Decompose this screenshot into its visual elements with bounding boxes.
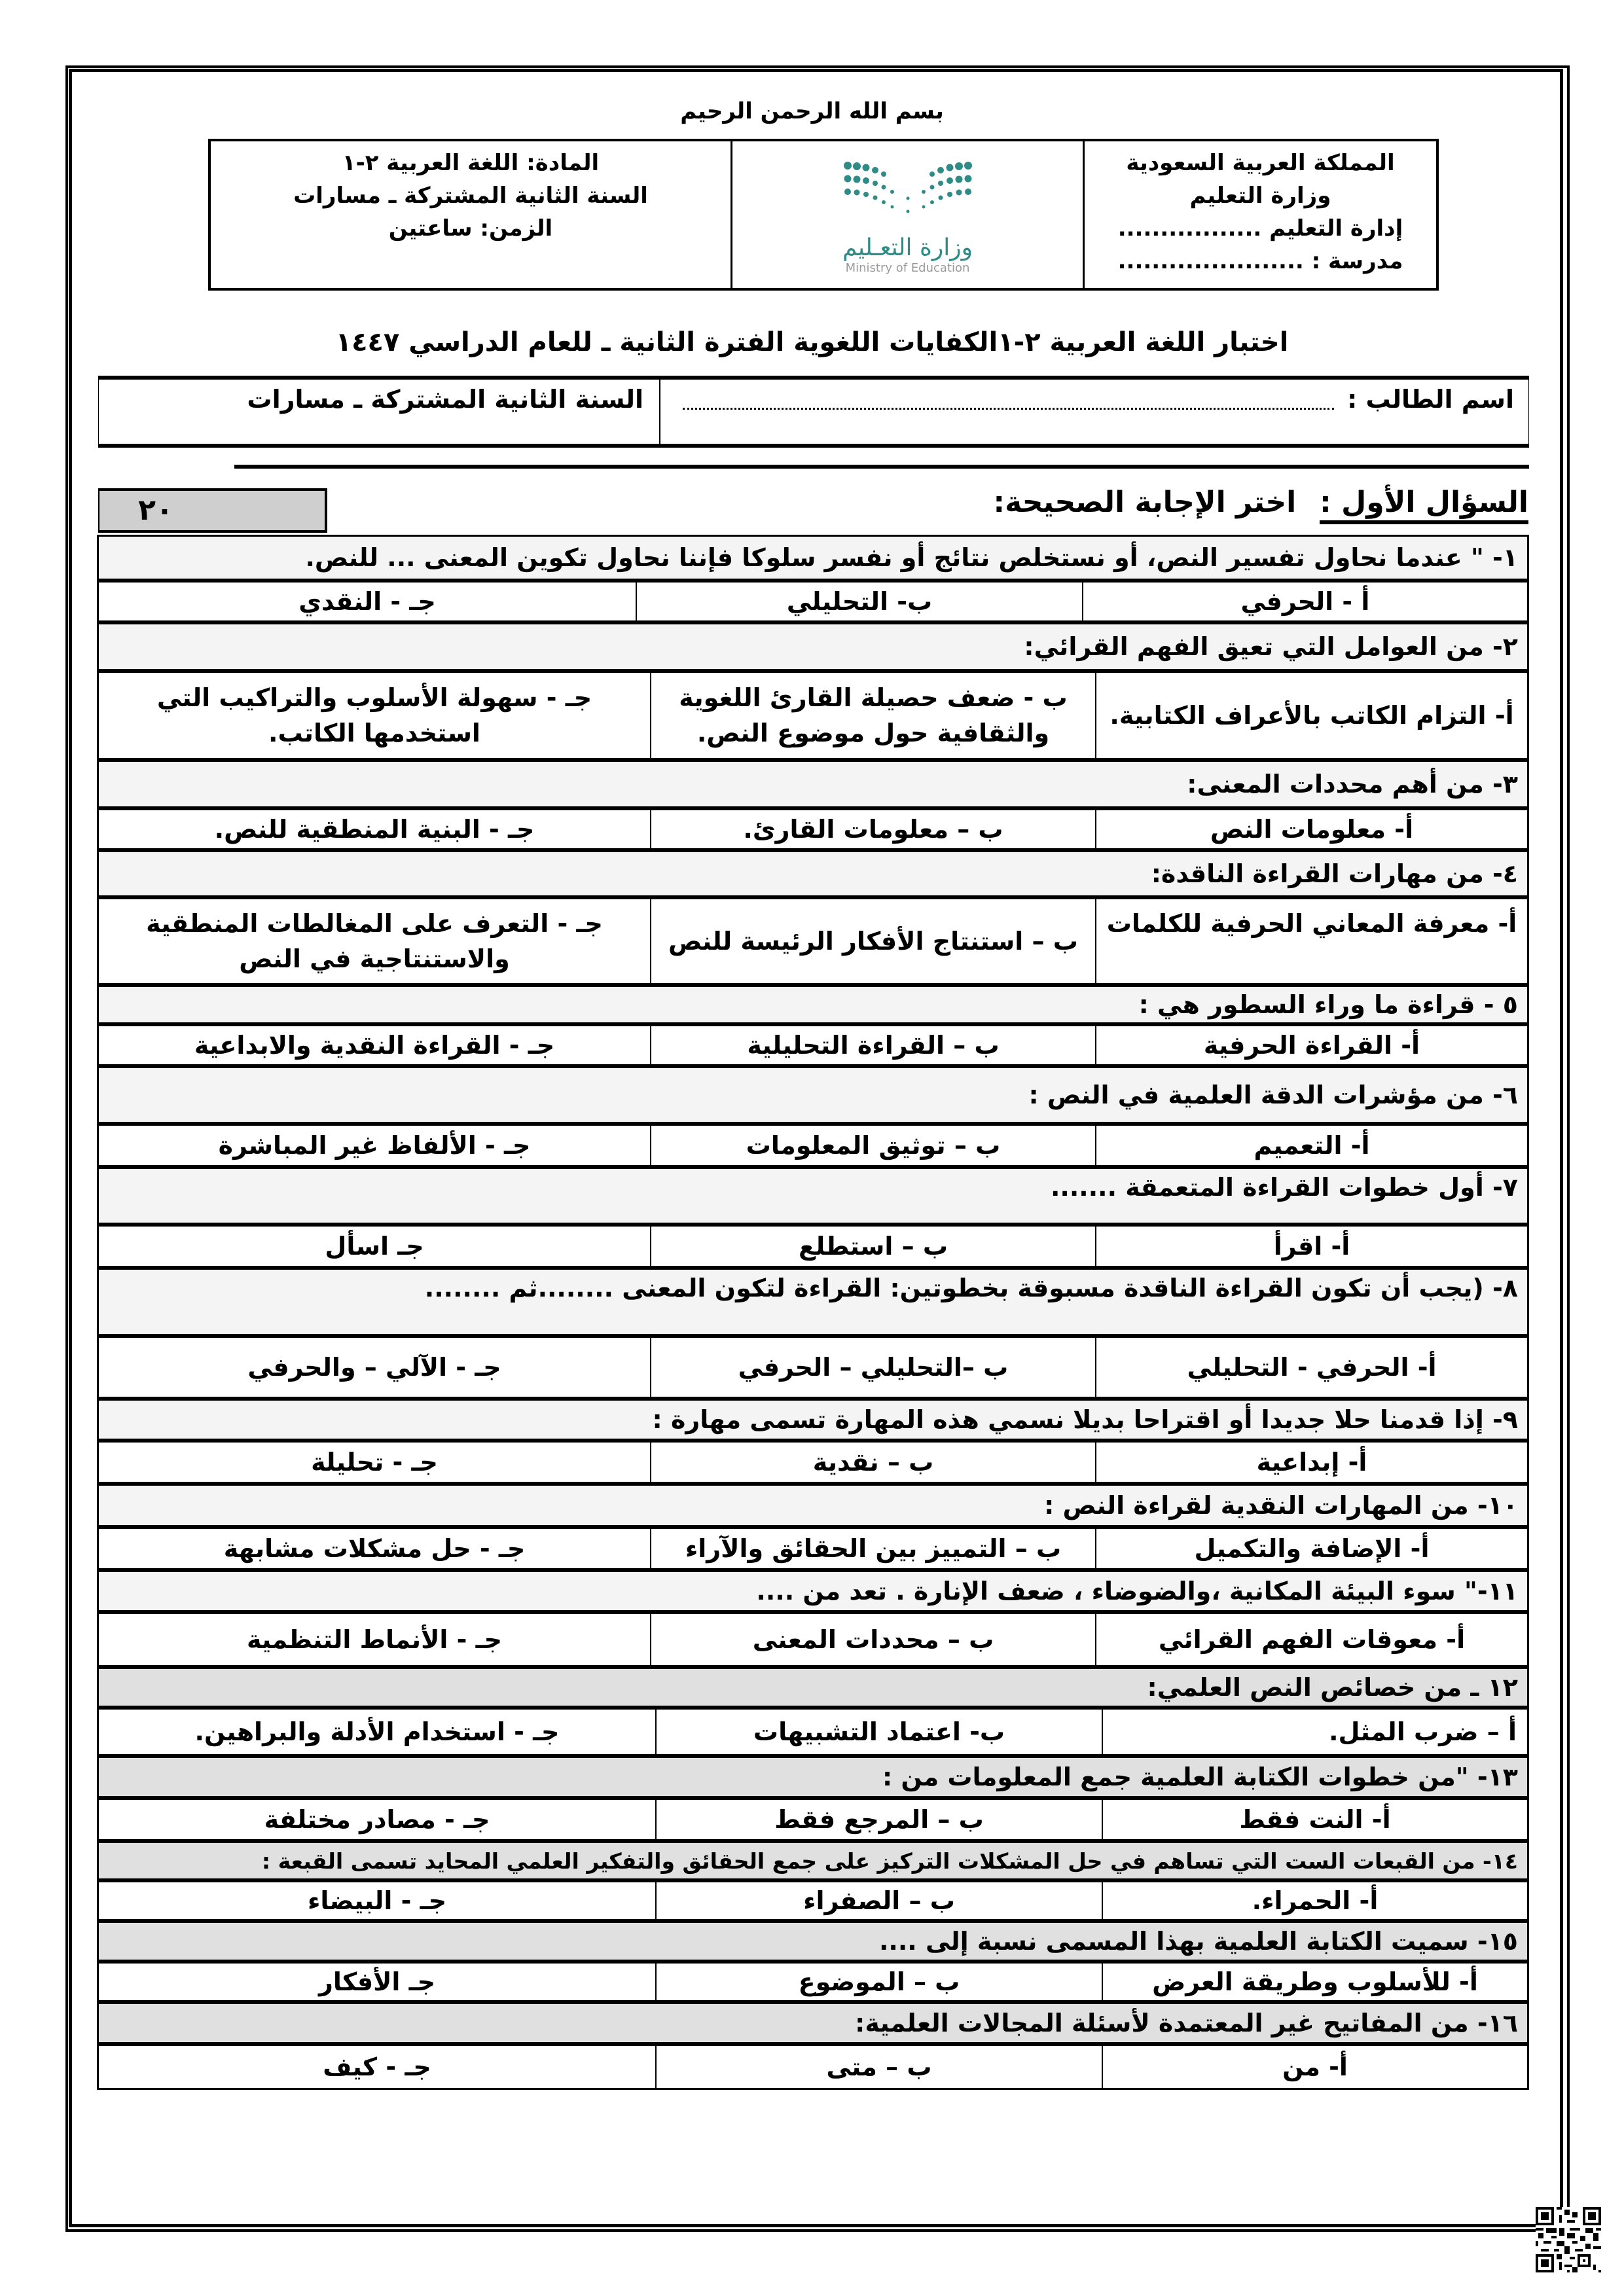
section-heading: السؤال الأول : اختر الإجابة الصحيحة: (994, 486, 1529, 524)
score-box: ٢٠ (98, 488, 327, 533)
option-c[interactable]: جـ - كيف (99, 2046, 655, 2088)
header-ministry-info: المملكة العربية السعودية وزارة التعليم إ… (1083, 141, 1436, 288)
options-row: أ- معوقات الفهم القرائي ب – محددات المعن… (99, 1614, 1527, 1669)
option-c[interactable]: جـ - التعرف على المغالطات المنطقية والاس… (99, 899, 650, 983)
student-name-cell: اسم الطالب : (659, 380, 1528, 444)
ministry-logo-icon (836, 159, 980, 231)
question-text: ١٠- من المهارات النقدية لقراءة النص : (1044, 1491, 1518, 1520)
option-a[interactable]: أ- الحرفي - التحليلي (1095, 1338, 1527, 1397)
option-a[interactable]: أ- معوقات الفهم القرائي (1095, 1614, 1527, 1665)
question-text: ٥ - قراءة ما وراء السطور هي : (1139, 990, 1518, 1019)
option-a[interactable]: أ- الإضافة والتكميل (1095, 1529, 1527, 1568)
question-text: ٨- (يجب أن تكون القراءة الناقدة مسبوقة ب… (425, 1274, 1518, 1302)
option-a[interactable]: أ- الحمراء. (1102, 1882, 1527, 1919)
score-obtained-field[interactable] (212, 491, 326, 530)
grade-label: السنة الثانية المشتركة ـ مسارات (293, 179, 648, 212)
student-grade-label: السنة الثانية المشتركة ـ مسارات (99, 380, 659, 444)
option-b[interactable]: ب – التمييز بين الحقائق والآراء (650, 1529, 1095, 1568)
student-info-table: اسم الطالب : السنة الثانية المشتركة ـ مس… (98, 376, 1529, 448)
options-row: أ- من ب – متى جـ - كيف (99, 2046, 1527, 2088)
option-a[interactable]: أ- من (1102, 2046, 1527, 2088)
question-text: ٩- إذا قدمنا حلا جديدا أو اقتراحا بديلا … (653, 1405, 1518, 1434)
option-a[interactable]: أ- اقرأ (1095, 1227, 1527, 1266)
options-row: أ – ضرب المثل. ب- اعتماد التشبيهات جـ - … (99, 1710, 1527, 1758)
options-row: أ- معلومات النص ب – معلومات القارئ. جـ -… (99, 810, 1527, 852)
header-subject-info: المادة: اللغة العربية ٢-١ السنة الثانية … (211, 141, 731, 288)
question-row: ١١-" سوء البيئة المكانية ،والضوضاء ، ضعف… (99, 1572, 1527, 1614)
option-b[interactable]: ب – استطلع (650, 1227, 1095, 1266)
option-c[interactable]: جـ - استخدام الأدلة والبراهين. (99, 1710, 655, 1754)
question-text: ١٦- من المفاتيح غير المعتمدة لأسئلة المج… (855, 2009, 1518, 2037)
qr-code-icon (1536, 2207, 1601, 2272)
question-text: ١٤- من القبعات الست التي تساهم في حل الم… (262, 1848, 1518, 1874)
option-b[interactable]: ب – محددات المعنى (650, 1614, 1095, 1665)
education-admin-field: إدارة التعليم ................. (1118, 212, 1403, 245)
options-row: أ- النت فقط ب – المرجع فقط جـ - مصادر مخ… (99, 1800, 1527, 1843)
question-row: ٣- من أهم محددات المعنى: (99, 762, 1527, 810)
option-c[interactable]: جـ - حل مشكلات مشابهة (99, 1529, 650, 1568)
option-a[interactable]: أ – ضرب المثل. (1102, 1710, 1527, 1754)
student-name-field[interactable] (683, 385, 1334, 410)
option-b[interactable]: ب – الصفراء (655, 1882, 1102, 1919)
question-text: ٦- من مؤشرات الدقة العلمية في النص : (1028, 1081, 1518, 1109)
option-c[interactable]: جـ - النقدي (99, 583, 636, 620)
option-a[interactable]: أ- النت فقط (1102, 1800, 1527, 1839)
options-row: أ- معرفة المعاني الحرفية للكلمات ب – است… (99, 899, 1527, 987)
options-row: أ- الحمراء. ب – الصفراء جـ - البيضاء (99, 1882, 1527, 1923)
question-row: ٥ - قراءة ما وراء السطور هي : (99, 987, 1527, 1026)
question-row: ٦- من مؤشرات الدقة العلمية في النص : (99, 1068, 1527, 1126)
options-row: أ- التزام الكاتب بالأعراف الكتابية. ب - … (99, 673, 1527, 762)
option-a[interactable]: أ- القراءة الحرفية (1095, 1026, 1527, 1064)
options-row: أ- الإضافة والتكميل ب – التمييز بين الحق… (99, 1529, 1527, 1572)
options-row: أ- الحرفي - التحليلي ب –التحليلي – الحرف… (99, 1338, 1527, 1401)
question-row: ١٠- من المهارات النقدية لقراءة النص : (99, 1486, 1527, 1529)
option-b[interactable]: ب- اعتماد التشبيهات (655, 1710, 1102, 1754)
option-b[interactable]: ب – نقدية (650, 1443, 1095, 1482)
country-name: المملكة العربية السعودية (1126, 147, 1394, 179)
options-row: أ - الحرفي ب- التحليلي جـ - النقدي (99, 583, 1527, 624)
question-text: ١٢ ـ من خصائص النص العلمي: (1147, 1673, 1518, 1702)
option-c[interactable]: جـ - الألفاظ غير المباشرة (99, 1126, 650, 1165)
ministry-name: وزارة التعليم (1190, 179, 1331, 212)
option-b[interactable]: ب – الموضوع (655, 1964, 1102, 2000)
question-row: ١٥- سميت الكتابة العلمية بهذا المسمى نسب… (99, 1923, 1527, 1964)
question-text: ٧- أول خطوات القراءة المتعمقة ....... (1051, 1173, 1518, 1202)
header-logo-cell: وزارة التعـليم Ministry of Education (731, 141, 1083, 288)
option-c[interactable]: جـ الأفكار (99, 1964, 655, 2000)
basmala: بسم الله الرحمن الرحيم (0, 98, 1624, 124)
option-b[interactable]: ب- التحليلي (636, 583, 1082, 620)
question-text: ٣- من أهم محددات المعنى: (1187, 770, 1518, 798)
option-c[interactable]: جـ - البيضاء (99, 1882, 655, 1919)
subject-label: المادة: اللغة العربية ٢-١ (342, 147, 599, 179)
option-a[interactable]: أ- للأسلوب وطريقة العرض (1102, 1964, 1527, 2000)
question-row: ٩- إذا قدمنا حلا جديدا أو اقتراحا بديلا … (99, 1401, 1527, 1443)
option-b[interactable]: ب – توثيق المعلومات (650, 1126, 1095, 1165)
question-row: ١٤- من القبعات الست التي تساهم في حل الم… (99, 1843, 1527, 1882)
option-a[interactable]: أ- التزام الكاتب بالأعراف الكتابية. (1095, 673, 1527, 758)
option-b[interactable]: ب – استنتاج الأفكار الرئيسة للنص (650, 899, 1095, 983)
option-c[interactable]: جـ - البنية المنطقية للنص. (99, 810, 650, 848)
separator-line (234, 465, 1529, 469)
score-total: ٢٠ (99, 491, 212, 530)
option-c[interactable]: جـ اسأل (99, 1227, 650, 1266)
questions-table: ١- " عندما نحاول تفسير النص، أو نستخلص ن… (97, 535, 1529, 2090)
question-row: ١٢ ـ من خصائص النص العلمي: (99, 1669, 1527, 1710)
logo-english-text: Ministry of Education (846, 261, 970, 276)
section-label: السؤال الأول : (1320, 486, 1528, 524)
option-b[interactable]: ب – المرجع فقط (655, 1800, 1102, 1839)
section-instruction: اختر الإجابة الصحيحة: (994, 486, 1297, 519)
option-a[interactable]: أ - الحرفي (1082, 583, 1527, 620)
option-b[interactable]: ب – معلومات القارئ. (650, 810, 1095, 848)
option-b[interactable]: ب –التحليلي – الحرفي (650, 1338, 1095, 1397)
question-row: ٨- (يجب أن تكون القراءة الناقدة مسبوقة ب… (99, 1270, 1527, 1338)
time-label: الزمن: ساعتين (389, 212, 552, 245)
option-c[interactable]: جـ - مصادر مختلفة (99, 1800, 655, 1839)
student-name-label: اسم الطالب : (1347, 385, 1514, 414)
option-c[interactable]: جـ - تحليلة (99, 1443, 650, 1482)
question-text: ١- " عندما نحاول تفسير النص، أو نستخلص ن… (305, 543, 1518, 572)
header-table: المملكة العربية السعودية وزارة التعليم إ… (208, 139, 1439, 291)
option-c[interactable]: جـ - الأنماط التنظمية (99, 1614, 650, 1665)
question-text: ٤- من مهارات القراءة الناقدة: (1151, 859, 1518, 888)
options-row: أ- إبداعية ب – نقدية جـ - تحليلة (99, 1443, 1527, 1486)
question-row: ٧- أول خطوات القراءة المتعمقة ....... (99, 1169, 1527, 1227)
option-a[interactable]: أ- إبداعية (1095, 1443, 1527, 1482)
question-row: ٤- من مهارات القراءة الناقدة: (99, 852, 1527, 899)
options-row: أ- التعميم ب – توثيق المعلومات جـ - الأل… (99, 1126, 1527, 1169)
question-text: ٢- من العوامل التي تعيق الفهم القرائي: (1024, 632, 1518, 661)
question-text: ١٥- سميت الكتابة العلمية بهذا المسمى نسب… (879, 1927, 1518, 1956)
question-row: ١٣- "من خطوات الكتابة العلمية جمع المعلو… (99, 1758, 1527, 1800)
question-text: ١١-" سوء البيئة المكانية ،والضوضاء ، ضعف… (756, 1577, 1518, 1605)
options-row: أ- للأسلوب وطريقة العرض ب – الموضوع جـ ا… (99, 1964, 1527, 2004)
options-row: أ- القراءة الحرفية ب – القراءة التحليلية… (99, 1026, 1527, 1068)
question-text: ١٣- "من خطوات الكتابة العلمية جمع المعلو… (882, 1763, 1518, 1791)
ministry-logo: وزارة التعـليم Ministry of Education (836, 159, 980, 276)
question-row: ١٦- من المفاتيح غير المعتمدة لأسئلة المج… (99, 2004, 1527, 2046)
option-b[interactable]: ب – القراءة التحليلية (650, 1026, 1095, 1064)
logo-arabic-text: وزارة التعـليم (842, 235, 973, 261)
option-b[interactable]: ب – متى (655, 2046, 1102, 2088)
option-b[interactable]: ب - ضعف حصيلة القارئ اللغوية والثقافية ح… (650, 673, 1095, 758)
option-c[interactable]: جـ - القراءة النقدية والابداعية (99, 1026, 650, 1064)
school-field: مدرسة : ...................... (1118, 245, 1403, 278)
option-c[interactable]: جـ - سهولة الأسلوب والتراكيب التي استخدم… (99, 673, 650, 758)
exam-title: اختبار اللغة العربية ٢-١الكفايات اللغوية… (0, 327, 1624, 357)
option-a[interactable]: أ- معلومات النص (1095, 810, 1527, 848)
option-c[interactable]: جـ - الآلي – والحرفي (99, 1338, 650, 1397)
options-row: أ- اقرأ ب – استطلع جـ اسأل (99, 1227, 1527, 1270)
option-a[interactable]: أ- معرفة المعاني الحرفية للكلمات (1095, 899, 1527, 983)
option-a[interactable]: أ- التعميم (1095, 1126, 1527, 1165)
question-row: ١- " عندما نحاول تفسير النص، أو نستخلص ن… (99, 537, 1527, 583)
question-row: ٢- من العوامل التي تعيق الفهم القرائي: (99, 624, 1527, 673)
